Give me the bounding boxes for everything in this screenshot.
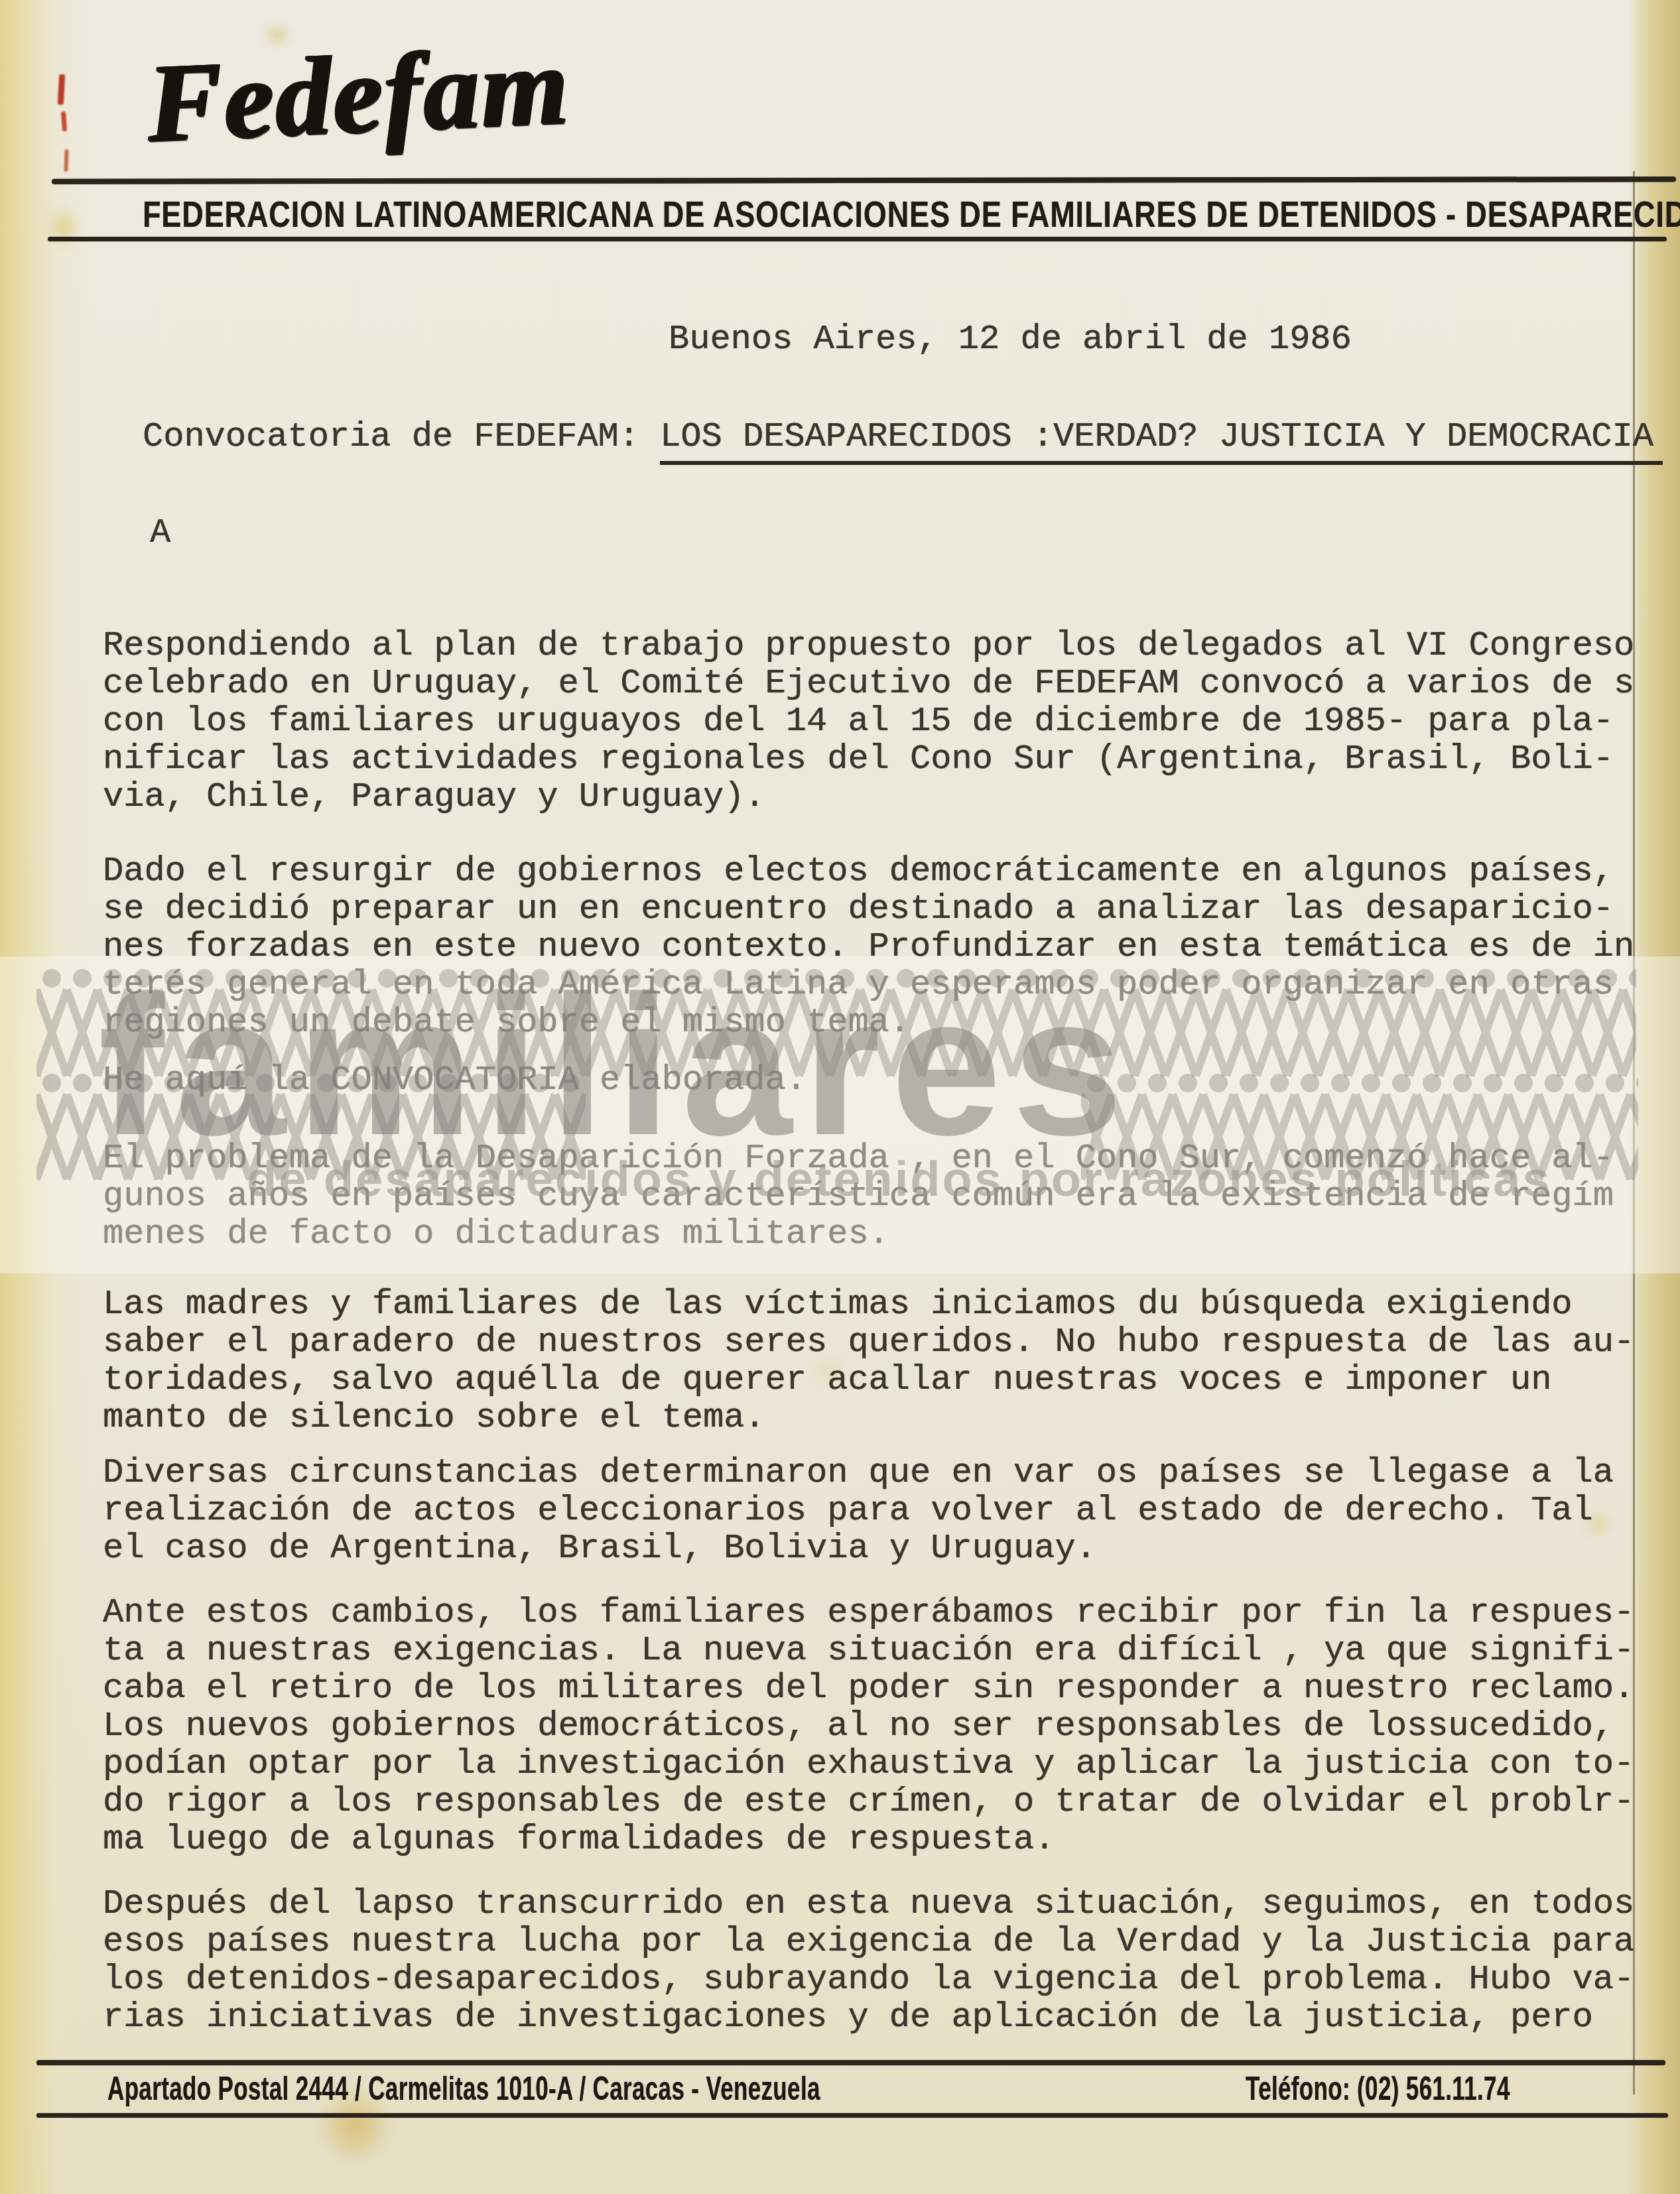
watermark-band: familiares de desaparecidos y detenidos … xyxy=(0,956,1680,1273)
red-ink-mark xyxy=(61,111,67,131)
watermark-tagline: de desaparecidos y detenidos por razones… xyxy=(247,1153,1552,1206)
footer-phone: Teléfono: (02) 561.11.74 xyxy=(1246,2069,1510,2108)
paragraph-5: Diversas circunstancias determinaron que… xyxy=(103,1454,1614,1567)
subject-prefix: Convocatoria de FEDEFAM: xyxy=(143,417,660,456)
subject-line: Convocatoria de FEDEFAM: LOS DESAPARECID… xyxy=(143,418,1663,456)
subject-title-underlined: LOS DESAPARECIDOS :VERDAD? JUSTICIA Y DE… xyxy=(660,417,1663,465)
fedefam-logo: Fedefam xyxy=(145,29,572,159)
dateline: Buenos Aires, 12 de abril de 1986 xyxy=(669,320,1352,358)
letterhead-rule-top xyxy=(52,176,1676,184)
paper-stain xyxy=(38,196,88,259)
familiares-watermark-text: familiares xyxy=(98,966,1133,1165)
letterhead-org-name: FEDERACION LATINOAMERICANA DE ASOCIACION… xyxy=(143,193,1680,235)
paragraph-4: Las madres y familiares de las víctimas … xyxy=(103,1285,1634,1437)
footer-rule-bottom xyxy=(36,2113,1668,2118)
paragraph-1: Respondiendo al plan de trabajo propuest… xyxy=(103,627,1634,816)
footer-rule-top xyxy=(36,2060,1665,2065)
paragraph-7: Después del lapso transcurrido en esta n… xyxy=(103,1885,1634,2036)
red-ink-mark xyxy=(64,149,68,172)
letterhead-rule-bottom xyxy=(48,237,1667,241)
salutation: A xyxy=(150,514,170,552)
scanned-letter-page: Fedefam FEDERACION LATINOAMERICANA DE AS… xyxy=(0,0,1680,2194)
footer-address: Apartado Postal 2444 / Carmelitas 1010-A… xyxy=(107,2069,820,2108)
red-ink-mark xyxy=(58,74,65,105)
paragraph-6: Ante estos cambios, los familiares esper… xyxy=(103,1594,1634,1858)
